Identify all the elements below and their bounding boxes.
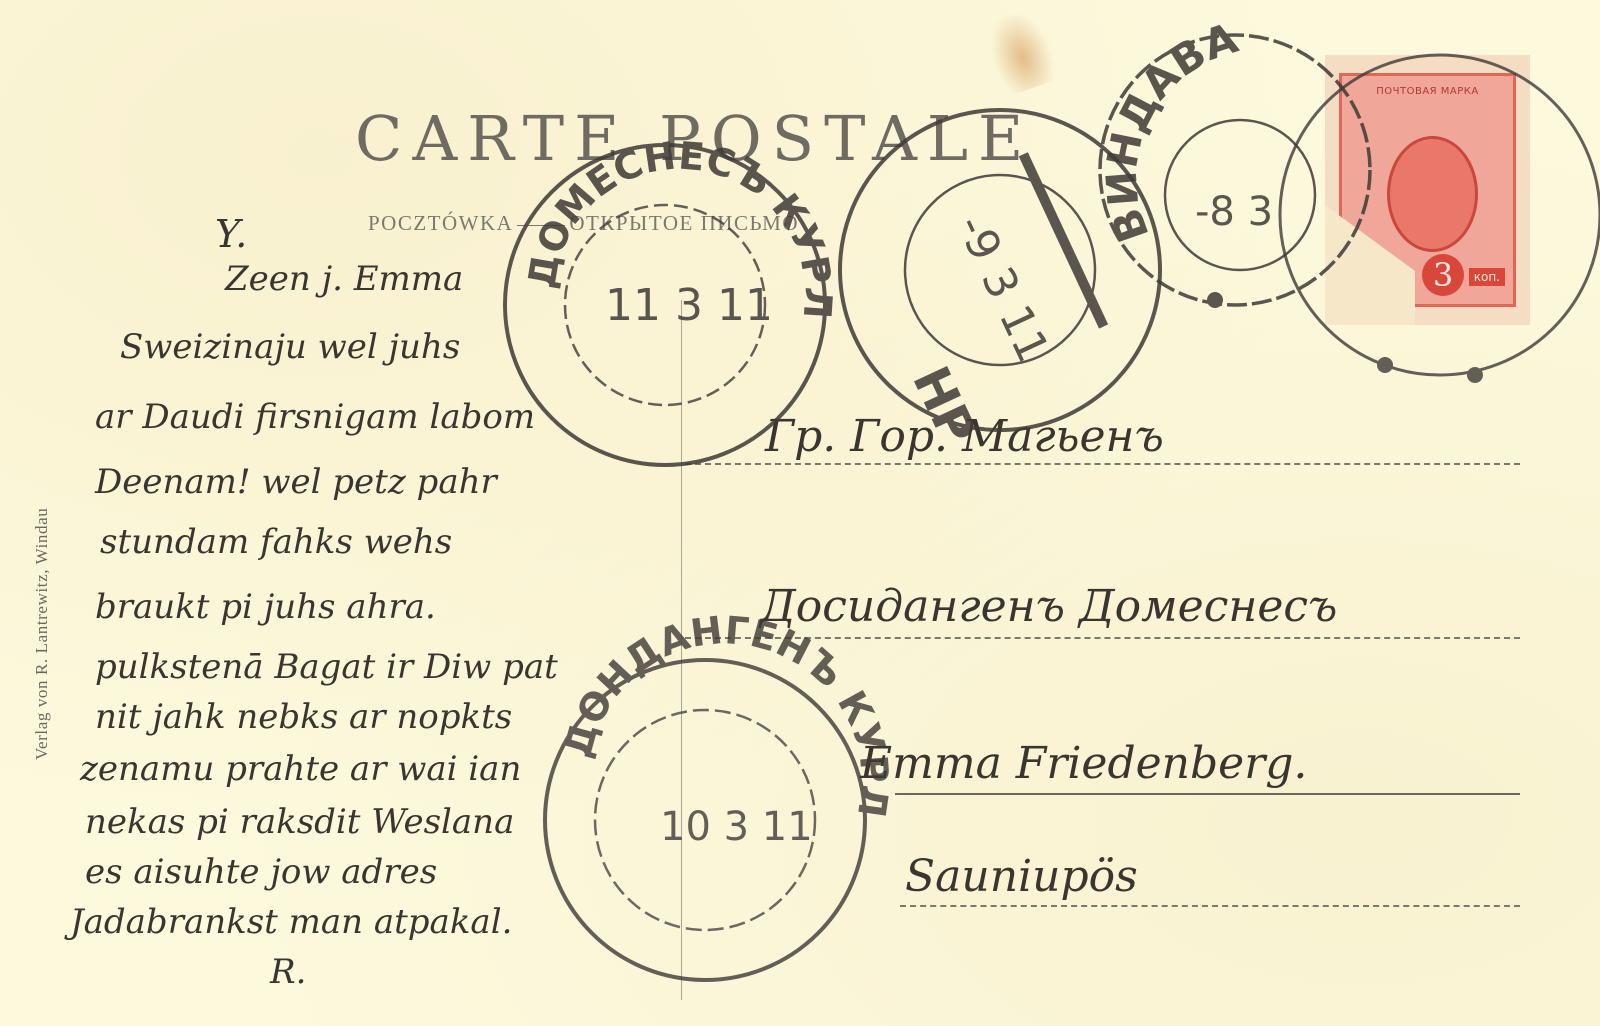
postcard-back: CARTE POSTALE POCZTÓWKAОТКРЫТОЕ ПИСЬМО V…	[0, 0, 1600, 1026]
postcard-title: CARTE POSTALE	[355, 108, 1033, 170]
address-line-4	[900, 905, 1520, 907]
message-line: Jadabrankst man atpakal.	[70, 905, 512, 939]
postmark-ring-text: ВИНДАВА	[1097, 13, 1244, 248]
postmark-date: -9 3 11	[947, 207, 1059, 370]
publisher-imprint: Verlag von R. Lantrewitz, Windau	[32, 508, 52, 760]
message-line: Y.	[215, 215, 247, 253]
subtitle-dash	[517, 225, 565, 226]
address-salutation: Гр. Гор. Магьенъ	[765, 415, 1164, 459]
address-line-2	[685, 637, 1520, 639]
postmark-date: -8 3	[1195, 189, 1273, 235]
postage-stamp: ПОЧТОВАЯ МАРКА 3 коп.	[1325, 55, 1530, 325]
message-line: ar Daudi firsnigam labom	[95, 400, 535, 434]
message-line: Zeen j. Emma	[225, 262, 463, 296]
message-line: stundam fahks wehs	[100, 525, 452, 559]
postcard-subtitle: POCZTÓWKAОТКРЫТОЕ ПИСЬМО	[368, 211, 799, 236]
svg-text:ВИНДАВА: ВИНДАВА	[1097, 13, 1244, 248]
postmark-date: 11 3 11	[605, 280, 773, 331]
message-line: es aisuhte jow adres	[85, 855, 437, 889]
postmark-dondangen: ДОНДАНГЕНЪ КУРЛ 10 3 11	[545, 608, 897, 980]
subtitle-russian: ОТКРЫТОЕ ПИСЬМО	[569, 211, 799, 235]
message-line: zenamu prahte ar wai ian	[80, 752, 521, 786]
message-line: Deenam! wel petz pahr	[95, 465, 497, 499]
stamp-unit: коп.	[1469, 268, 1505, 286]
message-line: braukt pi juhs ahra.	[95, 590, 436, 624]
message-signature: R.	[270, 955, 306, 989]
center-divider	[681, 300, 682, 1000]
subtitle-polish: POCZTÓWKA	[368, 211, 513, 235]
postmark-ring-text: ДОНДАНГЕНЪ КУРЛ	[555, 608, 897, 820]
postmark-date: 10 3 11	[660, 804, 813, 850]
message-line: nit jahk nebks ar nopkts	[95, 700, 512, 734]
address-line-1	[685, 463, 1520, 465]
svg-text:ДОНДАНГЕНЪ КУРЛ: ДОНДАНГЕНЪ КУРЛ	[555, 608, 897, 820]
stamp-value: 3	[1422, 254, 1464, 296]
message-line: nekas pi raksdit Weslana	[85, 805, 514, 839]
address-line-3	[895, 793, 1520, 795]
eagle-emblem-icon	[1387, 136, 1478, 252]
age-stain	[978, 2, 1062, 98]
stamp-inscription: ПОЧТОВАЯ МАРКА	[1342, 86, 1513, 97]
message-line: pulkstenā Bagat ir Diw pat	[95, 650, 558, 684]
address-recipient: Emma Friedenberg.	[860, 742, 1307, 786]
address-farm: Sauniupös	[905, 855, 1138, 899]
address-locality: Досидангенъ Домеснесъ	[760, 585, 1337, 629]
message-line: Sweizinaju wel juhs	[120, 330, 460, 364]
